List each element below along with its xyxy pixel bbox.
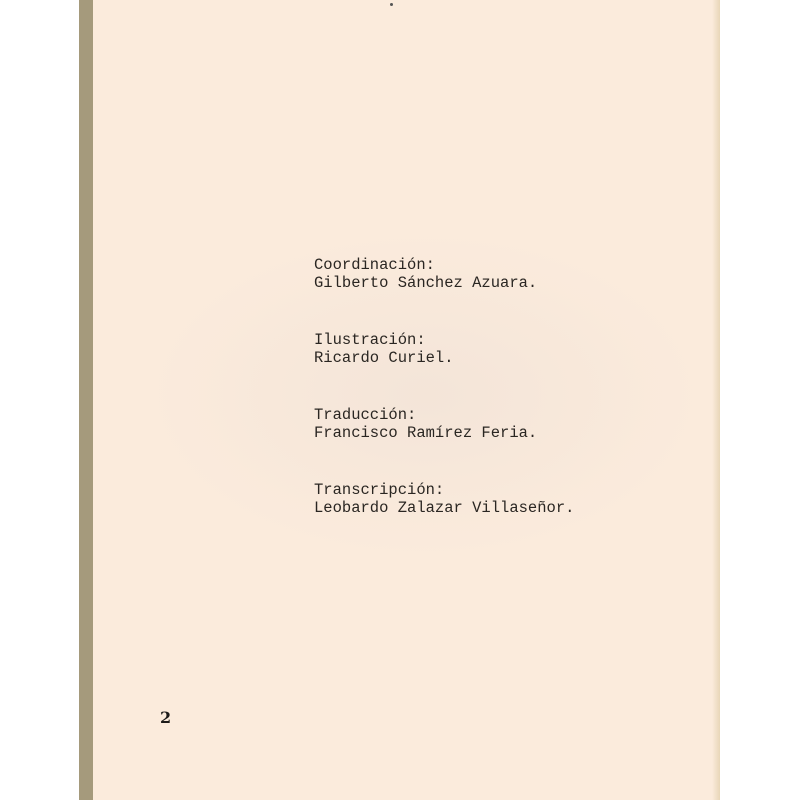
page-number: 2	[160, 708, 171, 727]
credit-role: Coordinación:	[314, 256, 574, 274]
credit-coordination: Coordinación: Gilberto Sánchez Azuara.	[314, 256, 574, 292]
credit-translation: Traducción: Francisco Ramírez Feria.	[314, 406, 574, 442]
credits-block: Coordinación: Gilberto Sánchez Azuara. I…	[314, 256, 574, 556]
credit-name: Ricardo Curiel.	[314, 349, 574, 367]
credit-name: Francisco Ramírez Feria.	[314, 424, 574, 442]
credit-role: Traducción:	[314, 406, 574, 424]
ink-speck	[390, 3, 393, 6]
credit-name: Leobardo Zalazar Villaseñor.	[314, 499, 574, 517]
credit-role: Transcripción:	[314, 481, 574, 499]
binding-spine	[79, 0, 93, 800]
credit-name: Gilberto Sánchez Azuara.	[314, 274, 574, 292]
credit-role: Ilustración:	[314, 331, 574, 349]
page-edge-shade	[712, 0, 720, 800]
credit-illustration: Ilustración: Ricardo Curiel.	[314, 331, 574, 367]
credit-transcription: Transcripción: Leobardo Zalazar Villaseñ…	[314, 481, 574, 517]
